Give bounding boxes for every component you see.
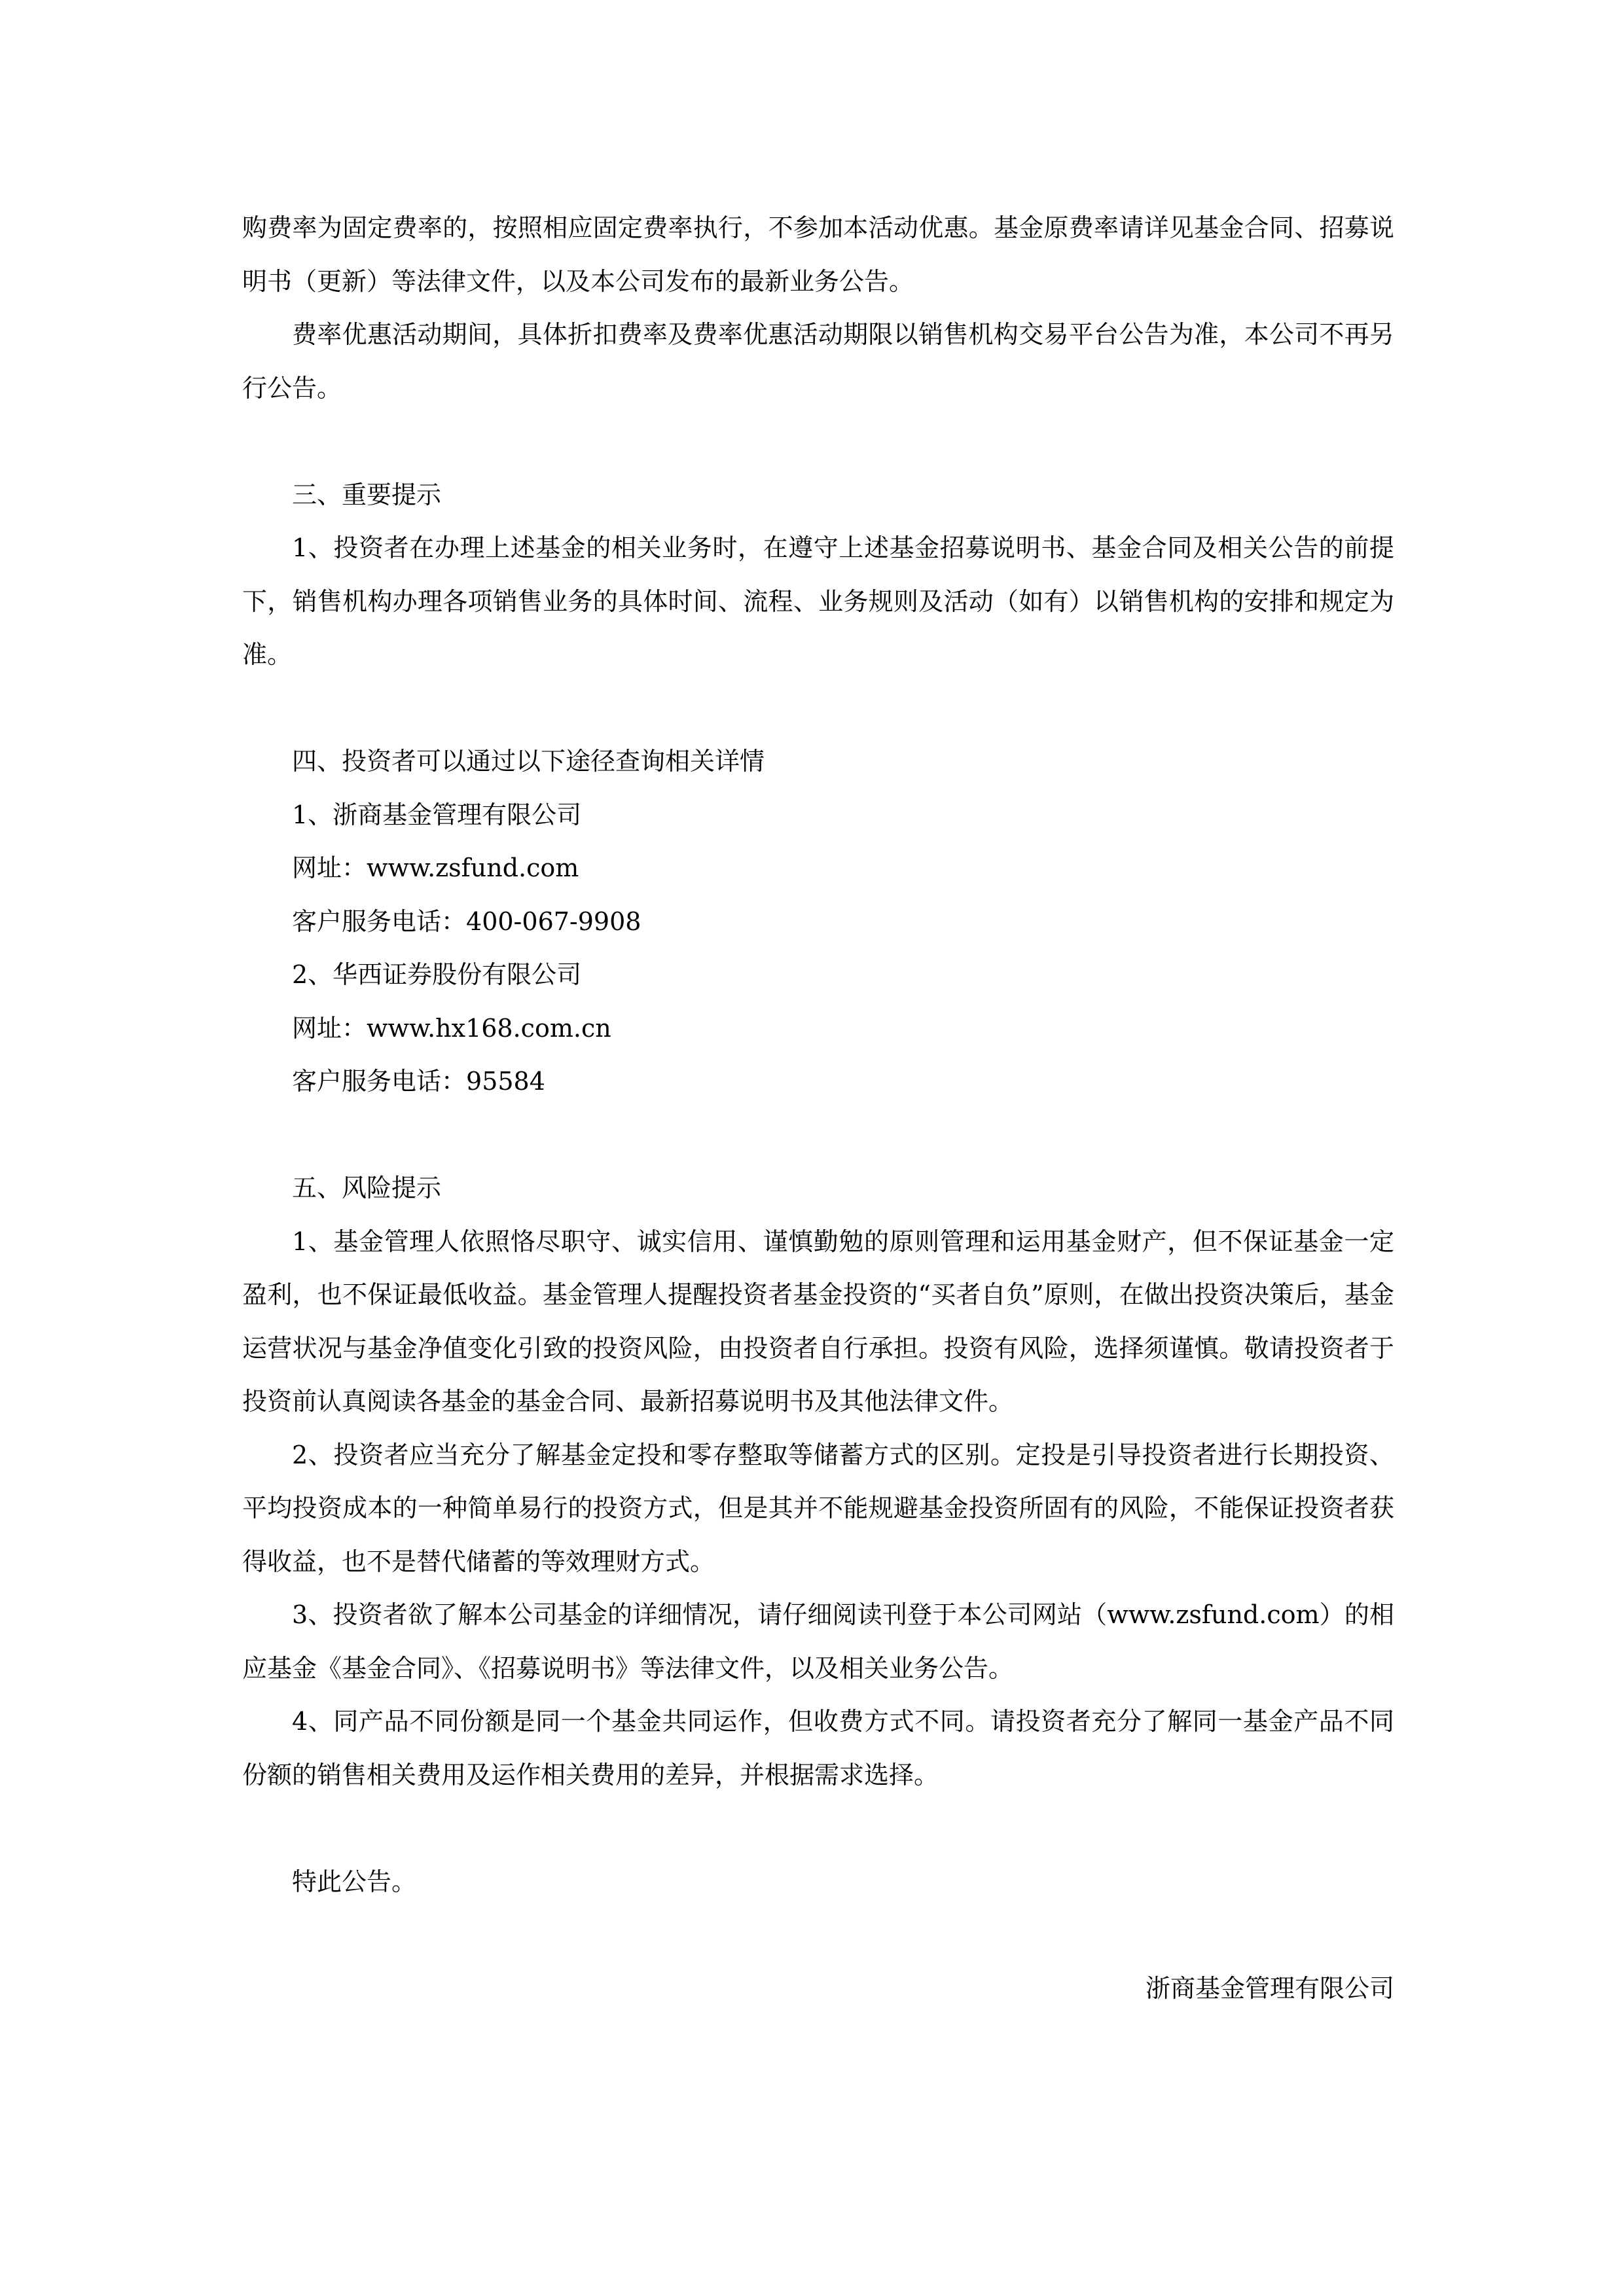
phone-label: 客户服务电话： (292, 907, 466, 936)
contact-2-phone: 95584 (466, 1067, 545, 1096)
spacer (242, 1802, 1394, 1856)
contact-1-phone: 400-067-9908 (466, 907, 641, 936)
section-5-item-2: 2、投资者应当充分了解基金定投和零存整取等储蓄方式的区别。定投是引导投资者进行长… (242, 1429, 1394, 1589)
contact-2-website-line: 网址：www.hx168.com.cn (242, 1002, 1394, 1056)
section-5-heading: 五、风险提示 (242, 1162, 1394, 1215)
contact-1-website-line: 网址：www.zsfund.com (242, 842, 1394, 895)
contact-1-website-link[interactable]: www.zsfund.com (367, 853, 579, 882)
contact-1-phone-line: 客户服务电话：400-067-9908 (242, 895, 1394, 949)
spacer (242, 1909, 1394, 1962)
section-5-item-1: 1、基金管理人依照恪尽职守、诚实信用、谨慎勤勉的原则管理和运用基金财产，但不保证… (242, 1215, 1394, 1429)
contact-2-phone-line: 客户服务电话：95584 (242, 1055, 1394, 1109)
website-label: 网址： (292, 853, 367, 882)
spacer (242, 415, 1394, 469)
section-3-item-1: 1、投资者在办理上述基金的相关业务时，在遵守上述基金招募说明书、基金合同及相关公… (242, 522, 1394, 682)
spacer (242, 1109, 1394, 1162)
website-label: 网址： (292, 1014, 367, 1043)
contact-2-name: 2、华西证券股份有限公司 (242, 948, 1394, 1002)
phone-label: 客户服务电话： (292, 1067, 466, 1096)
section-5-item-4: 4、同产品不同份额是同一个基金共同运作，但收费方式不同。请投资者充分了解同一基金… (242, 1695, 1394, 1802)
intro-continuation-paragraph: 购费率为固定费率的，按照相应固定费率执行，不参加本活动优惠。基金原费率请详见基金… (242, 202, 1394, 308)
document-page: 购费率为固定费率的，按照相应固定费率执行，不参加本活动优惠。基金原费率请详见基金… (242, 202, 1394, 2015)
closing-statement: 特此公告。 (242, 1856, 1394, 1909)
contact-1-name: 1、浙商基金管理有限公司 (242, 789, 1394, 842)
section-5-item-3: 3、投资者欲了解本公司基金的详细情况，请仔细阅读刊登于本公司网站（www.zsf… (242, 1588, 1394, 1695)
signature-company: 浙商基金管理有限公司 (242, 1962, 1394, 2016)
spacer (242, 682, 1394, 736)
fee-period-paragraph: 费率优惠活动期间，具体折扣费率及费率优惠活动期限以销售机构交易平台公告为准，本公… (242, 308, 1394, 415)
section-3-heading: 三、重要提示 (242, 469, 1394, 522)
section-4-heading: 四、投资者可以通过以下途径查询相关详情 (242, 735, 1394, 789)
contact-2-website-link[interactable]: www.hx168.com.cn (367, 1014, 611, 1043)
